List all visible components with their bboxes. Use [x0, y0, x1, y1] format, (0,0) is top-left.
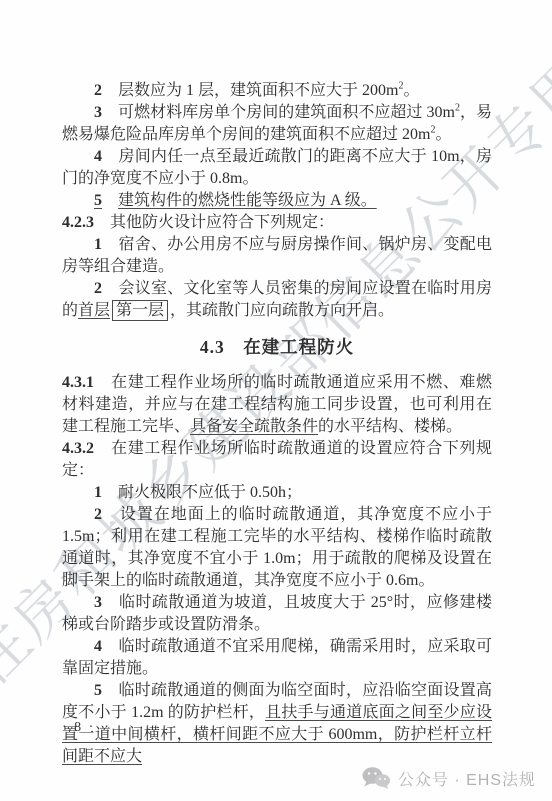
text-segment: 在建工程防火 — [243, 337, 354, 357]
clause-number: 5 — [94, 192, 102, 209]
wechat-account-label: 公众号 · EHS法规 — [398, 767, 536, 790]
wechat-icon — [361, 766, 391, 790]
text-segment: 其他防火设计应符合下列规定： — [110, 214, 334, 231]
clause-number: 1 — [94, 484, 102, 501]
underlined-revision-text: 建筑构件的燃烧性能等级应为 A 级。 — [118, 192, 377, 209]
text-segment: ，其疏散门应向疏散方向开启。 — [170, 302, 394, 319]
text-segment: 设置在地面上的临时疏散通道，其净宽度不应小于 1.5m；利用在建工程施工完毕的水… — [62, 506, 492, 589]
clause-number: 3 — [94, 104, 102, 121]
clause-number: 2 — [94, 506, 102, 523]
clause-number: 4 — [94, 148, 102, 165]
text-segment: 层数应为 1 层，建筑面积不应大于 200m — [118, 82, 398, 99]
text-segment: 。 — [435, 126, 451, 143]
page-number: · 8 · — [62, 720, 95, 736]
clause-number: 4.3.1 — [62, 374, 94, 391]
clause-number: 2 — [94, 82, 102, 99]
document-body: 2 层数应为 1 层，建筑面积不应大于 200m2。3 可燃材料库房单个房间的建… — [62, 80, 492, 768]
text-segment: 可燃材料库房单个房间的建筑面积不应超过 30m — [118, 104, 455, 121]
article-paragraph: 4.3.2 在建工程作业场所临时疏散通道的设置应符合下列规定： — [62, 438, 492, 482]
clause-paragraph: 1 宿舍、办公用房不应与厨房操作间、锅炉房、变配电房等组合建造。 — [62, 234, 492, 278]
clause-number: 4.3 — [200, 337, 225, 357]
clause-paragraph: 5 建筑构件的燃烧性能等级应为 A 级。 — [62, 190, 492, 212]
text-segment: 在建工程作业场所临时疏散通道的设置应符合下列规定： — [62, 440, 492, 479]
text-segment: 。 — [403, 82, 419, 99]
text-segment: 临时疏散通道为坡道，且坡度大于 25°时，应修建楼梯或台阶踏步或设置防滑条。 — [62, 594, 492, 633]
boxed-revision-text: 第一层 — [112, 300, 168, 321]
clause-paragraph: 4 房间内任一点至最近疏散门的距离不应大于 10m，房门的净宽度不应小于 0.8… — [62, 146, 492, 190]
text-segment: 的水平结构、楼梯。 — [318, 418, 462, 435]
text-segment: 房间内任一点至最近疏散门的距离不应大于 10m，房门的净宽度不应小于 0.8m。 — [62, 148, 492, 187]
clause-number: 1 — [94, 236, 102, 253]
text-segment: 耐火极限不应低于 0.50h； — [118, 484, 302, 501]
clause-paragraph: 2 会议室、文化室等人员密集的房间应设置在临时用房的首层第一层，其疏散门应向疏散… — [62, 278, 492, 322]
clause-number: 2 — [94, 280, 102, 297]
clause-paragraph: 1 耐火极限不应低于 0.50h； — [62, 482, 492, 504]
wechat-account-badge: 公众号 · EHS法规 — [361, 766, 536, 790]
section-heading: 4.3 在建工程防火 — [62, 334, 492, 360]
underlined-revision-text: 具备安全疏散条件 — [190, 418, 318, 435]
clause-paragraph: 3 可燃材料库房单个房间的建筑面积不应超过 30m2，易燃易爆危险品库房单个房间… — [62, 102, 492, 146]
document-page: 住房和城乡建设部信息公开专用 2 层数应为 1 层，建筑面积不应大于 200m2… — [0, 0, 552, 801]
clause-number: 4 — [94, 638, 102, 655]
clause-paragraph: 4 临时疏散通道不宜采用爬梯，确需采用时，应采取可靠固定措施。 — [62, 636, 492, 680]
clause-number: 4.2.3 — [62, 214, 94, 231]
clause-number: 4.3.2 — [62, 440, 94, 457]
clause-paragraph: 2 层数应为 1 层，建筑面积不应大于 200m2。 — [62, 80, 492, 102]
clause-paragraph: 2 设置在地面上的临时疏散通道，其净宽度不应小于 1.5m；利用在建工程施工完毕… — [62, 504, 492, 592]
clause-paragraph: 3 临时疏散通道为坡道，且坡度大于 25°时，应修建楼梯或台阶踏步或设置防滑条。 — [62, 592, 492, 636]
clause-number: 5 — [94, 682, 102, 699]
article-paragraph: 4.3.1 在建工程作业场所的临时疏散通道应采用不燃、难燃材料建造，并应与在建工… — [62, 372, 492, 438]
underlined-revision-text: 首层 — [78, 302, 110, 319]
text-segment: 临时疏散通道不宜采用爬梯，确需采用时，应采取可靠固定措施。 — [62, 638, 492, 677]
text-segment: 宿舍、办公用房不应与厨房操作间、锅炉房、变配电房等组合建造。 — [62, 236, 492, 275]
clause-paragraph: 5 临时疏散通道的侧面为临空面时，应沿临空面设置高度不小于 1.2m 的防护栏杆… — [62, 680, 492, 768]
clause-number: 3 — [94, 594, 102, 611]
article-paragraph: 4.2.3 其他防火设计应符合下列规定： — [62, 212, 492, 234]
